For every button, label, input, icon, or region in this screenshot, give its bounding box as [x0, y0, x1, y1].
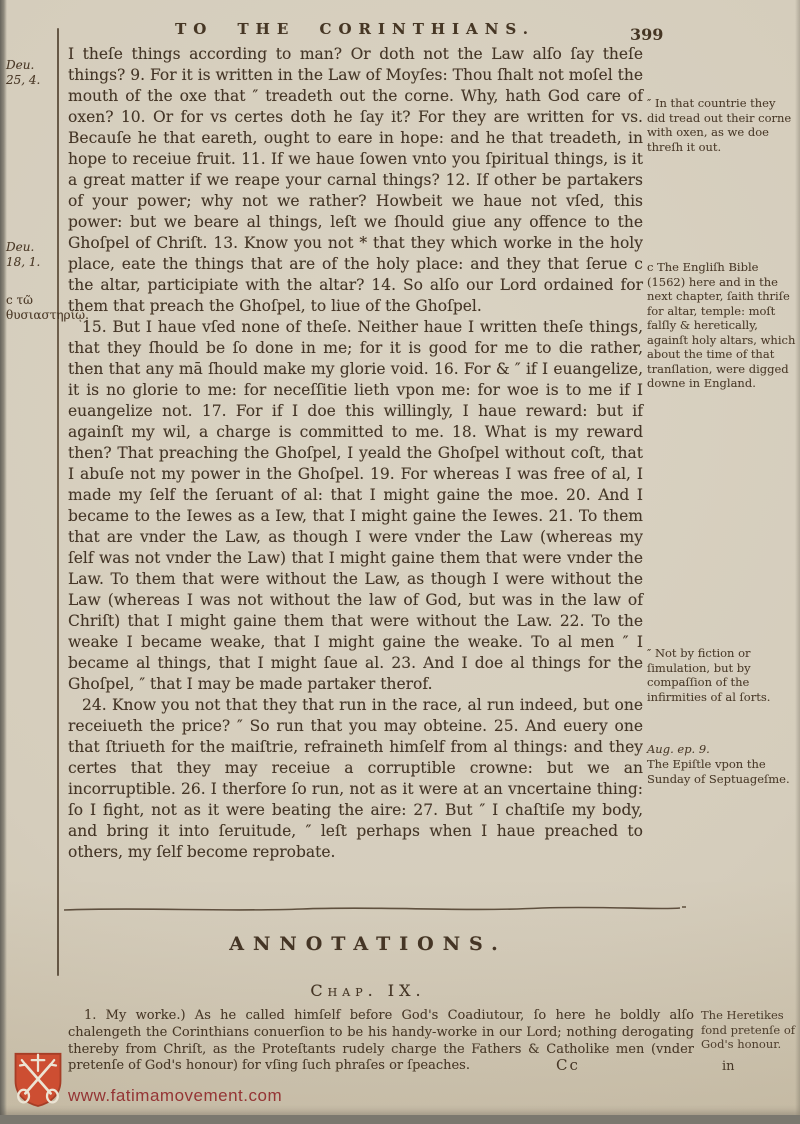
page-edge-shadow-right [795, 0, 800, 1124]
scanned-book-page: TO THE CORINTHIANS. 399 Deu. 25, 4. Deu.… [0, 0, 800, 1124]
gathering-signature: Cc [556, 1056, 580, 1074]
scripture-text-block: I theſe things according to man? Or doth… [68, 44, 643, 863]
page-edge-shadow-bottom [0, 1115, 800, 1124]
watermark-url: www.fatimamovement.com [68, 1086, 282, 1106]
margin-note-augustine-citation: Aug. ep. 9. [647, 742, 796, 757]
scripture-paragraph-3: 24. Know you not that they that run in t… [68, 695, 643, 863]
section-divider-rule [62, 898, 688, 906]
page-edge-shadow-left [0, 0, 7, 1124]
text-block-vertical-rule [57, 28, 59, 976]
margin-note-english-bible-altar: c The Engliſh Bible (1562) here and in t… [647, 260, 796, 391]
margin-citation-greek-altar: c τῶ θυσιαστηρίῳ. [6, 293, 55, 323]
margin-note-treading-corne: ″ In that countrie they did tread out th… [647, 96, 796, 154]
chapter-heading: Chap. IX. [68, 981, 668, 1000]
scripture-paragraph-1: I theſe things according to man? Or doth… [68, 44, 643, 317]
page-number: 399 [630, 25, 663, 44]
margin-note-epistle-septuagesima: The Epiſtle vpon the Sunday of Septuageſ… [647, 757, 796, 786]
margin-citation-deut-25: Deu. 25, 4. [6, 58, 55, 88]
catchword: in [722, 1059, 735, 1074]
margin-note-not-by-fiction: ″ Not by fiction or ſimulation, but by c… [647, 646, 796, 704]
annotations-heading: ANNOTATIONS. [68, 933, 668, 955]
scripture-paragraph-2: 15. But I haue vſed none of theſe. Neith… [68, 317, 643, 695]
annotation-paragraph: 1. My worke.) As he called himſelf befor… [68, 1008, 694, 1075]
wavy-rule-line [62, 905, 688, 913]
crossed-keys-shield-icon [11, 1050, 65, 1108]
margin-citation-deut-18: Deu. 18, 1. [6, 240, 55, 270]
annotation-side-note: The Heretikes fond pretenſe of God's hon… [701, 1008, 796, 1052]
running-header: TO THE CORINTHIANS. [68, 20, 642, 38]
